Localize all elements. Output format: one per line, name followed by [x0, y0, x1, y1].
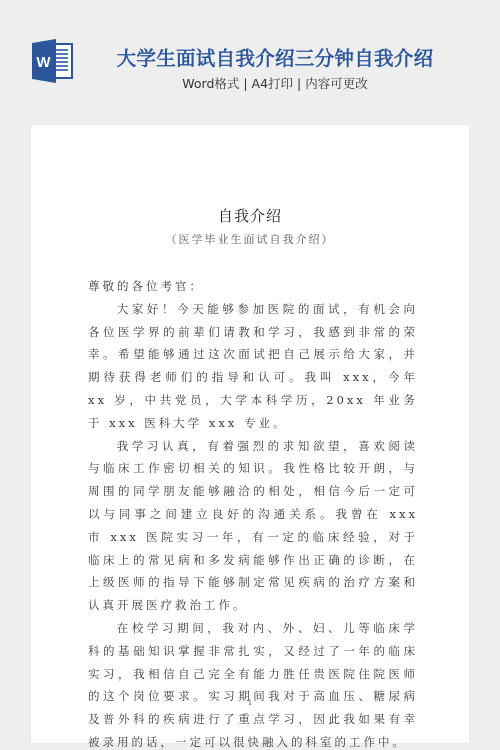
paragraph: 在校学习期间，我对内、外、妇、儿等临床学科的基础知识掌握非常扎实，又经过了一年的…: [88, 617, 418, 750]
document-subtitle: （医学毕业生面试自我介绍）: [31, 231, 469, 247]
document-body: 尊敬的各位考官： 大家好！今天能够参加医院的面试，有机会向各位医学界的前辈们请教…: [88, 275, 418, 750]
svg-text:W: W: [36, 54, 51, 71]
document-title: 自我介绍: [31, 205, 469, 226]
page-title: 大学生面试自我介绍三分钟自我介绍: [110, 43, 440, 71]
document-page: 自我介绍 （医学毕业生面试自我介绍） 尊敬的各位考官： 大家好！今天能够参加医院…: [31, 125, 469, 743]
word-document-icon: W: [30, 39, 78, 83]
paragraph: 大家好！今天能够参加医院的面试，有机会向各位医学界的前辈们请教和学习，我感到非常…: [88, 298, 418, 435]
paragraph: 我学习认真，有着强烈的求知欲望，喜欢阅读与临床工作密切相关的知识。我性格比较开朗…: [88, 435, 418, 617]
salutation: 尊敬的各位考官：: [88, 275, 418, 298]
page-number: 1: [31, 699, 469, 707]
page-subtitle: Word格式 | A4打印 | 内容可更改: [110, 74, 440, 92]
page-header: W 大学生面试自我介绍三分钟自我介绍 Word格式 | A4打印 | 内容可更改: [0, 0, 500, 124]
